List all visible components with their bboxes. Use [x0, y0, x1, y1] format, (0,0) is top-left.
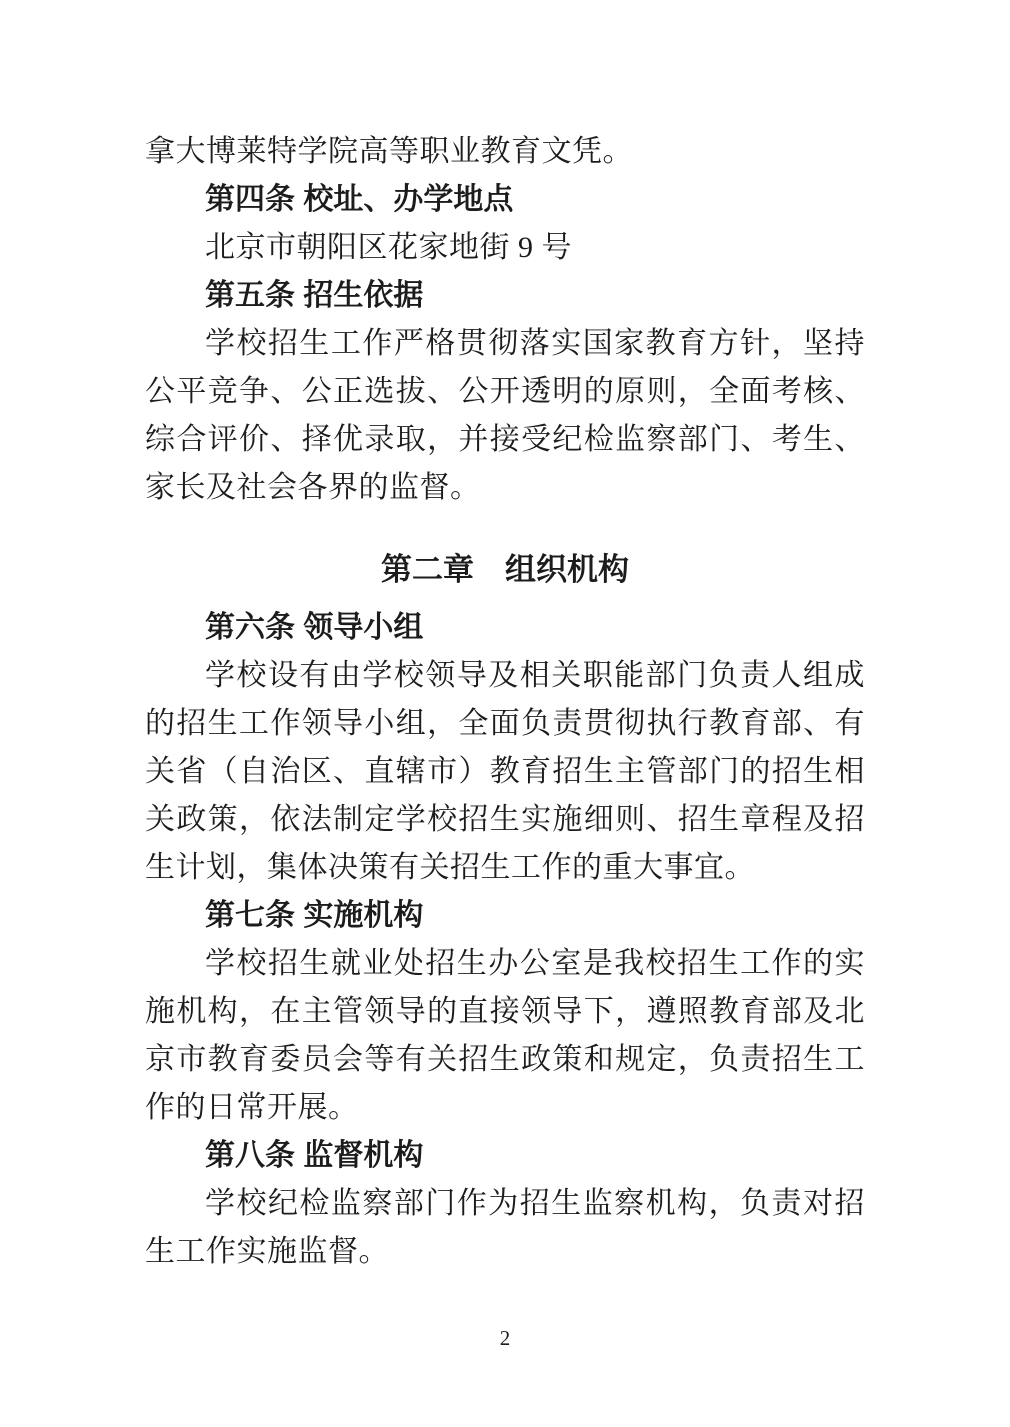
article-heading-4: 第四条 校址、办学地点 [145, 176, 865, 224]
article-heading-5: 第五条 招生依据 [145, 272, 865, 320]
paragraph-supervisory-body: 学校纪检监察部门作为招生监察机构，负责对招生工作实施监督。 [145, 1180, 865, 1276]
document-page: 拿大博莱特学院高等职业教育文凭。 第四条 校址、办学地点 北京市朝阳区花家地街 … [0, 0, 1010, 1427]
document-body: 拿大博莱特学院高等职业教育文凭。 第四条 校址、办学地点 北京市朝阳区花家地街 … [145, 128, 865, 1276]
page-number: 2 [0, 1326, 1010, 1350]
article-heading-6: 第六条 领导小组 [145, 604, 865, 652]
article-heading-7: 第七条 实施机构 [145, 892, 865, 940]
paragraph-address: 北京市朝阳区花家地街 9 号 [145, 224, 865, 272]
paragraph-implementing-body: 学校招生就业处招生办公室是我校招生工作的实施机构，在主管领导的直接领导下，遵照教… [145, 940, 865, 1132]
chapter-heading-2: 第二章 组织机构 [145, 546, 865, 594]
paragraph-continuation: 拿大博莱特学院高等职业教育文凭。 [145, 128, 865, 176]
paragraph-admission-basis: 学校招生工作严格贯彻落实国家教育方针，坚持公平竞争、公正选拔、公开透明的原则，全… [145, 320, 865, 512]
paragraph-leading-group: 学校设有由学校领导及相关职能部门负责人组成的招生工作领导小组，全面负责贯彻执行教… [145, 652, 865, 892]
article-heading-8: 第八条 监督机构 [145, 1132, 865, 1180]
